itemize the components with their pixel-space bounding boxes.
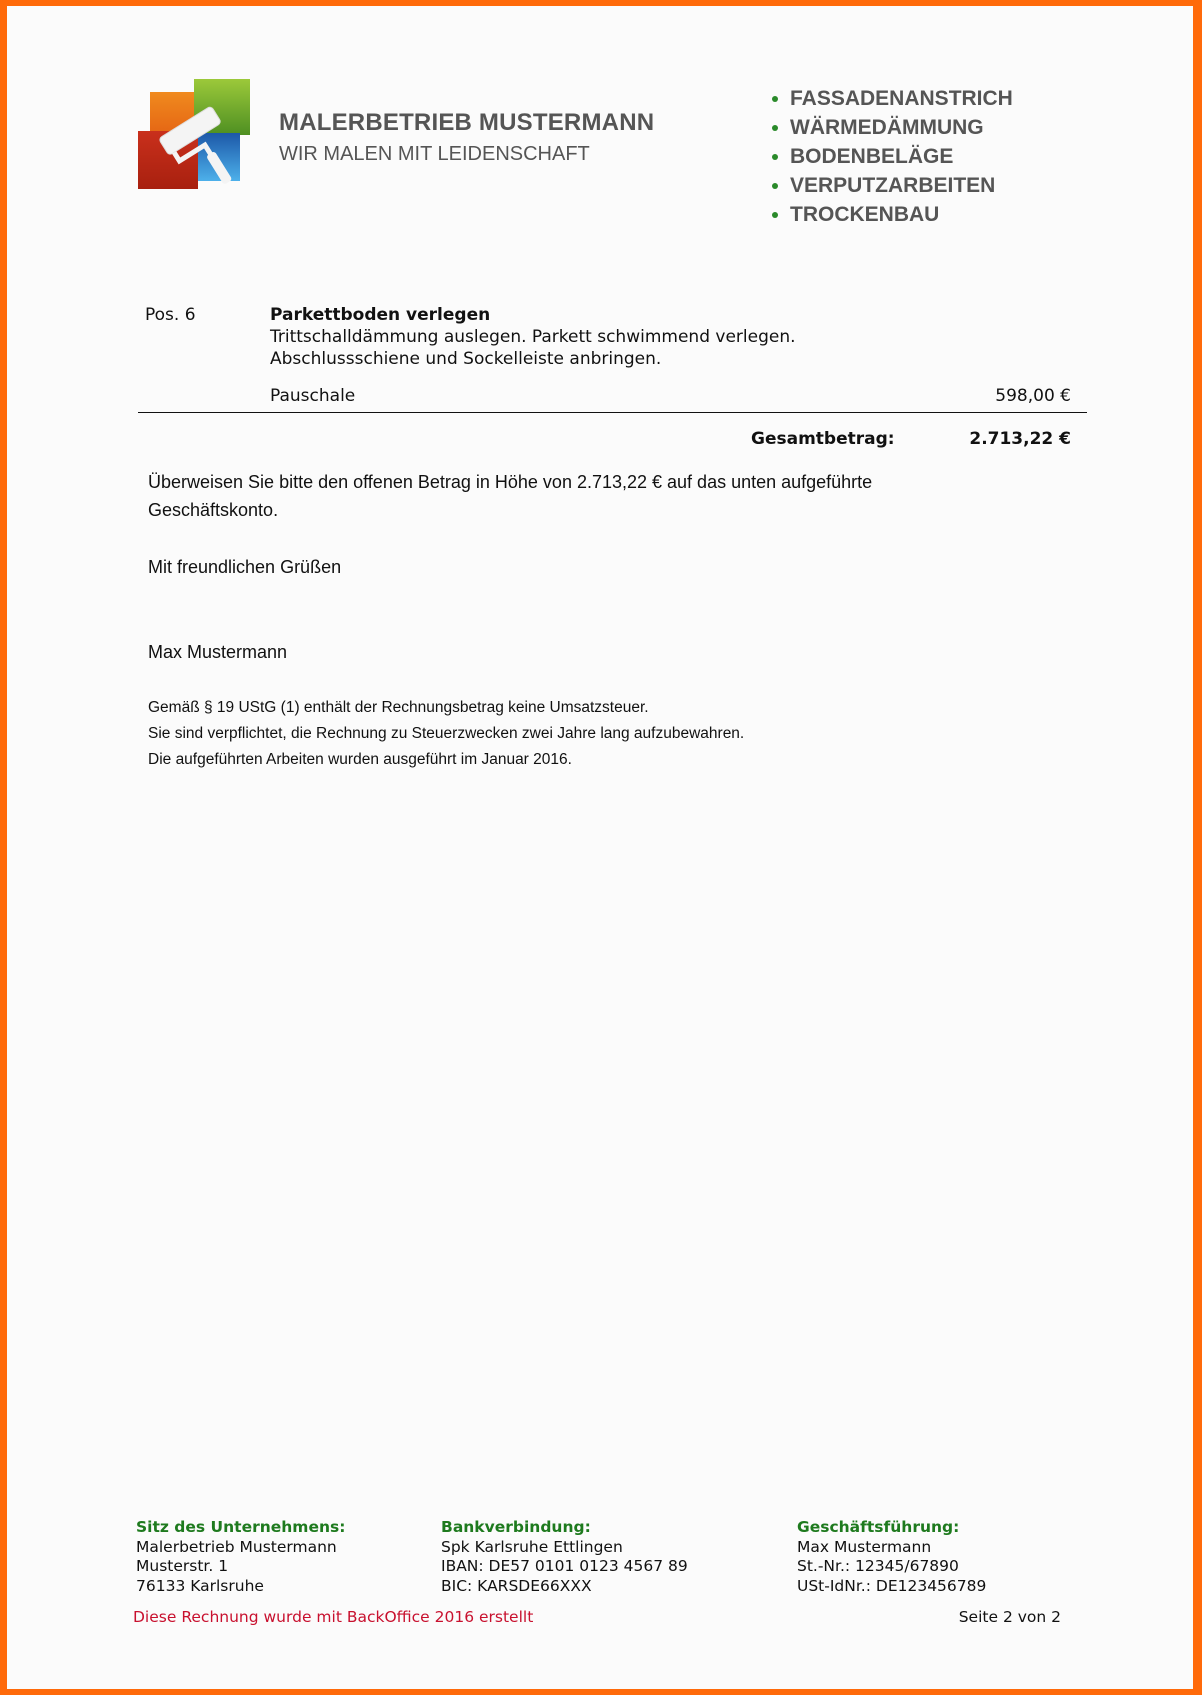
bullet-icon bbox=[772, 183, 778, 189]
footer-line: 76133 Karlsruhe bbox=[136, 1577, 345, 1597]
retention-note: Sie sind verpflichtet, die Rechnung zu S… bbox=[148, 725, 744, 743]
service-item: BODENBELÄGE bbox=[770, 142, 1013, 171]
footer-line: St.-Nr.: 12345/67890 bbox=[797, 1557, 986, 1577]
signature-name: Max Mustermann bbox=[148, 642, 287, 663]
total-divider bbox=[138, 412, 1087, 413]
service-label: TROCKENBAU bbox=[790, 203, 939, 226]
footer-line: USt-IdNr.: DE123456789 bbox=[797, 1577, 986, 1597]
services-list: FASSADENANSTRICH WÄRMEDÄMMUNG BODENBELÄG… bbox=[770, 84, 1013, 229]
position-title: Parkettboden verlegen bbox=[270, 305, 490, 325]
position-number: Pos. 6 bbox=[145, 305, 196, 325]
service-label: BODENBELÄGE bbox=[790, 145, 953, 168]
paint-roller-icon bbox=[138, 79, 258, 191]
position-description-line: Abschlussschiene und Sockelleiste anbrin… bbox=[270, 349, 661, 369]
company-slogan: WIR MALEN MIT LEIDENSCHAFT bbox=[279, 143, 590, 166]
company-name: MALERBETRIEB MUSTERMANN bbox=[279, 109, 654, 137]
service-item: VERPUTZARBEITEN bbox=[770, 171, 1013, 200]
footer-management: Geschäftsführung: Max Mustermann St.-Nr.… bbox=[797, 1518, 986, 1596]
footer-bank-details: Bankverbindung: Spk Karlsruhe Ettlingen … bbox=[441, 1518, 688, 1596]
service-label: VERPUTZARBEITEN bbox=[790, 174, 995, 197]
service-item: WÄRMEDÄMMUNG bbox=[770, 113, 1013, 142]
payment-instruction-cont: Geschäftskonto. bbox=[148, 500, 278, 521]
footer-company-address: Sitz des Unternehmens: Malerbetrieb Must… bbox=[136, 1518, 345, 1596]
company-logo bbox=[138, 79, 258, 191]
work-date-note: Die aufgeführten Arbeiten wurden ausgefü… bbox=[148, 751, 572, 769]
footer-line: Spk Karlsruhe Ettlingen bbox=[441, 1538, 688, 1558]
footer-heading: Bankverbindung: bbox=[441, 1518, 688, 1538]
footer-line: Musterstr. 1 bbox=[136, 1557, 345, 1577]
position-unit: Pauschale bbox=[270, 386, 355, 406]
position-price: 598,00 € bbox=[995, 386, 1071, 406]
service-label: WÄRMEDÄMMUNG bbox=[790, 116, 984, 139]
bullet-icon bbox=[772, 96, 778, 102]
total-amount: 2.713,22 € bbox=[969, 429, 1071, 449]
service-item: TROCKENBAU bbox=[770, 200, 1013, 229]
bullet-icon bbox=[772, 125, 778, 131]
service-item: FASSADENANSTRICH bbox=[770, 84, 1013, 113]
bullet-icon bbox=[772, 154, 778, 160]
invoice-page: MALERBETRIEB MUSTERMANN WIR MALEN MIT LE… bbox=[7, 6, 1193, 1689]
footer-line: BIC: KARSDE66XXX bbox=[441, 1577, 688, 1597]
service-label: FASSADENANSTRICH bbox=[790, 87, 1013, 110]
total-label: Gesamtbetrag: bbox=[751, 429, 895, 449]
tax-note: Gemäß § 19 UStG (1) enthält der Rechnung… bbox=[148, 699, 649, 717]
software-credit: Diese Rechnung wurde mit BackOffice 2016… bbox=[133, 1608, 533, 1626]
footer-heading: Geschäftsführung: bbox=[797, 1518, 986, 1538]
position-description-line: Trittschalldämmung auslegen. Parkett sch… bbox=[270, 327, 796, 347]
footer-heading: Sitz des Unternehmens: bbox=[136, 1518, 345, 1538]
closing-greeting: Mit freundlichen Grüßen bbox=[148, 557, 341, 578]
footer-line: Malerbetrieb Mustermann bbox=[136, 1538, 345, 1558]
footer-line: Max Mustermann bbox=[797, 1538, 986, 1558]
page-number: Seite 2 von 2 bbox=[959, 1608, 1061, 1626]
bullet-icon bbox=[772, 212, 778, 218]
footer-line: IBAN: DE57 0101 0123 4567 89 bbox=[441, 1557, 688, 1577]
payment-instruction: Überweisen Sie bitte den offenen Betrag … bbox=[148, 472, 872, 493]
